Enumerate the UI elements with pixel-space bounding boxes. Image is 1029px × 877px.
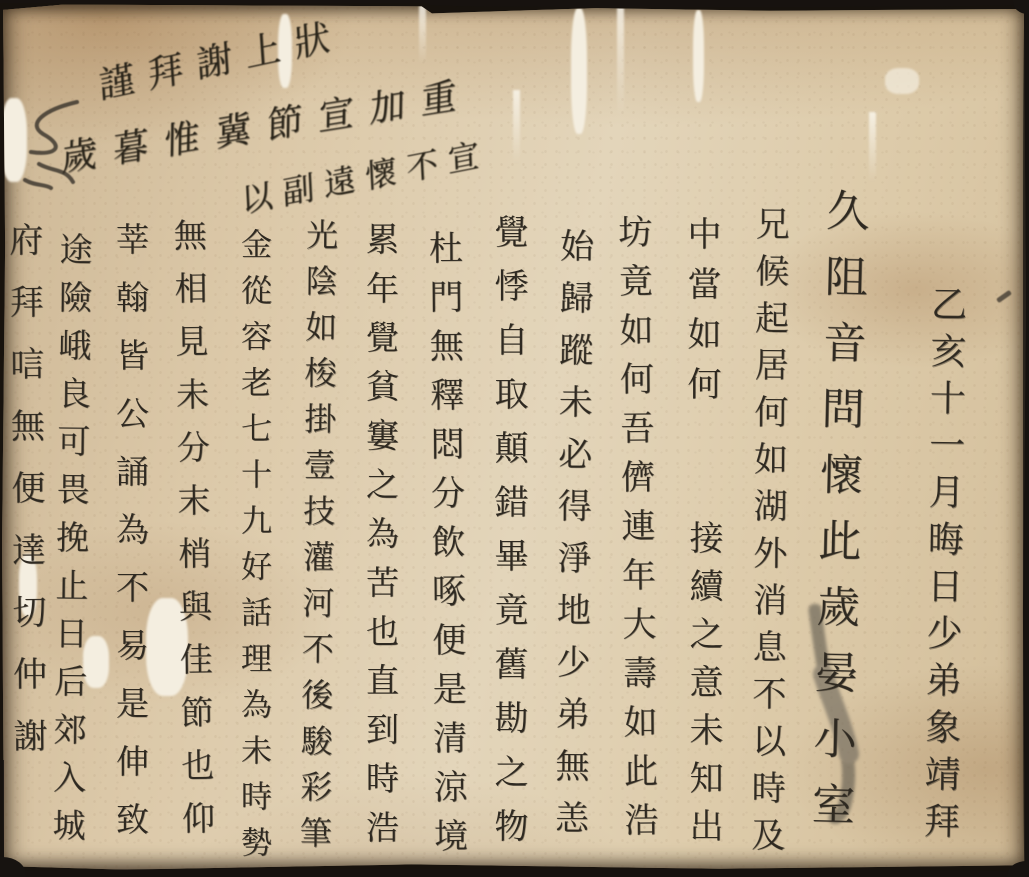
paper-damage-chip (693, 10, 704, 102)
paper-crease (419, 4, 426, 64)
text-column-7: 杜門無釋悶分飲啄便是清涼境 (418, 230, 473, 867)
text-column-14: 府拜唁無便達切仲謝 (0, 222, 52, 780)
paper-damage-chip (885, 68, 919, 94)
text-column-4: 坊竟如何吾儕連年大壽如此浩 (608, 214, 664, 851)
backdrop-edge-right (1023, 0, 1029, 877)
text-column-10: 金從容老七十九好話理為未時勢 (231, 228, 276, 872)
backdrop-edge-bottom (0, 869, 1029, 877)
paper-crease (869, 112, 876, 182)
paper-crease (617, 6, 624, 116)
manuscript-photo: 乙亥十一月晦日少弟象靖拜 久阻音問懷此歲晏小室 兄候起居何如湖外消息不以時及 中… (0, 0, 1029, 877)
text-column-12: 莘翰皆公誦為不易是伸致 (107, 222, 154, 860)
text-column-11: 無相見未分末梢與佳節也仰 (165, 218, 221, 855)
text-column-9: 光陰如梭掛壹技灌河不後駿彩筆 (291, 218, 344, 862)
paper-damage-chip (571, 8, 587, 134)
text-column-3-upper: 中當如何 (677, 216, 726, 416)
text-column-6: 覺悸自取顛錯畢竟舊勘之物 (484, 214, 533, 862)
text-column-8: 累年覺貧窶之為苦也直到時浩 (357, 222, 404, 859)
paper-crease (513, 90, 520, 164)
edge-tick-mark (996, 290, 1012, 303)
column-date-signature: 乙亥十一月晦日少弟象靖拜 (913, 285, 972, 850)
backdrop-edge-top-right (430, 0, 1029, 7)
text-column-3-lower: 接續之意未知出 (679, 520, 728, 856)
text-column-5: 始歸蹤未必得淨地少弟無恙 (544, 228, 598, 852)
paper-sheet: 乙亥十一月晦日少弟象靖拜 久阻音問懷此歲晏小室 兄候起居何如湖外消息不以時及 中… (1, 2, 1027, 874)
text-column-2: 兄候起居何如湖外消息不以時及 (741, 206, 795, 864)
